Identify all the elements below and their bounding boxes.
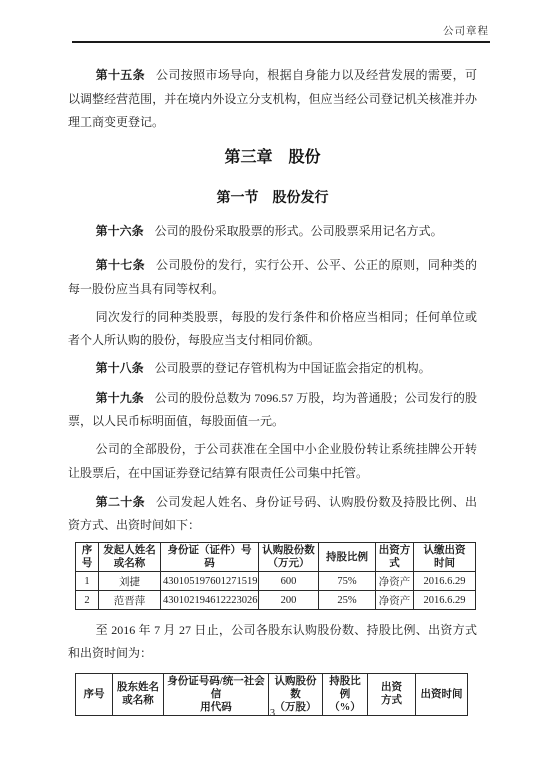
article-18-text: 公司股票的登记存管机构为中国证监会指定的机构。 [155, 361, 431, 375]
founders-table: 序 号 发起人姓名 或名称 身份证（证件）号码 认购股份数 （万元） 持股比例 … [75, 542, 476, 610]
document-page: 公司章程 第十五条公司按照市场导向，根据自身能力以及经营发展的需要，可以调整经营… [0, 0, 545, 771]
article-17: 第十七条公司股份的发行，实行公开、公平、公正的原则，同种类的每一股份应当具有同等… [68, 254, 477, 301]
table-row: 2 范晋萍 430102194612223026 200 25% 净资产 201… [76, 591, 476, 610]
article-19-paragraph-2: 公司的全部股份，于公司获准在全国中小企业股份转让系统挂牌公开转让股票后，在中国证… [68, 438, 477, 485]
table-cell: 净资产 [376, 591, 414, 610]
article-20-number: 第二十条 [96, 495, 156, 509]
article-15-number: 第十五条 [96, 68, 156, 82]
table-cell: 2 [76, 591, 99, 610]
article-16-text: 公司的股份采取股票的形式。公司股票采用记名方式。 [155, 224, 443, 238]
article-15: 第十五条公司按照市场导向，根据自身能力以及经营发展的需要，可以调整经营范围，并在… [68, 64, 477, 135]
article-17-paragraph-2-text: 同次发行的同种类股票，每股的发行条件和价格应当相同；任何单位或者个人所认购的股份… [68, 310, 477, 348]
column-header: 发起人姓名 或名称 [99, 543, 161, 572]
column-header: 序 号 [76, 543, 99, 572]
article-16-number: 第十六条 [96, 224, 155, 238]
page-number: 3 [0, 708, 545, 719]
article-19-paragraph-2-text: 公司的全部股份，于公司获准在全国中小企业股份转让系统挂牌公开转让股票后，在中国证… [68, 442, 477, 480]
table-row: 1 刘捷 430105197601271519 600 75% 净资产 2016… [76, 572, 476, 591]
article-19: 第十九条公司的股份总数为 7096.57 万股，均为普通股；公司发行的股票，以人… [68, 387, 477, 434]
column-header: 认缴出资 时间 [414, 543, 476, 572]
table-cell: 2016.6.29 [414, 591, 476, 610]
table-cell: 刘捷 [99, 572, 161, 591]
article-17-number: 第十七条 [96, 258, 156, 272]
table-cell: 430102194612223026 [161, 591, 259, 610]
column-header: 持股比例 [319, 543, 376, 572]
column-header: 认购股份数 （万元） [259, 543, 319, 572]
running-header: 公司章程 [443, 23, 489, 38]
table-cell: 范晋萍 [99, 591, 161, 610]
shareholders-intro-paragraph: 至 2016 年 7 月 27 日止，公司各股东认购股份数、持股比例、出资方式和… [68, 619, 477, 666]
table-cell: 200 [259, 591, 319, 610]
table-cell: 净资产 [376, 572, 414, 591]
table-cell: 2016.6.29 [414, 572, 476, 591]
shareholders-intro-text: 至 2016 年 7 月 27 日止，公司各股东认购股份数、持股比例、出资方式和… [68, 623, 477, 661]
document-content: 第十五条公司按照市场导向，根据自身能力以及经营发展的需要，可以调整经营范围，并在… [68, 53, 477, 716]
column-header: 身份证（证件）号码 [161, 543, 259, 572]
running-header-title: 公司章程 [443, 26, 489, 37]
article-19-number: 第十九条 [96, 391, 155, 405]
article-17-paragraph-2: 同次发行的同种类股票，每股的发行条件和价格应当相同；任何单位或者个人所认购的股份… [68, 306, 477, 353]
section-heading: 第一节 股份发行 [68, 187, 477, 211]
table-cell: 25% [319, 591, 376, 610]
table-cell: 600 [259, 572, 319, 591]
founders-table-header-row: 序 号 发起人姓名 或名称 身份证（证件）号码 认购股份数 （万元） 持股比例 … [76, 543, 476, 572]
table-cell: 430105197601271519 [161, 572, 259, 591]
article-16: 第十六条公司的股份采取股票的形式。公司股票采用记名方式。 [68, 220, 477, 244]
article-18: 第十八条公司股票的登记存管机构为中国证监会指定的机构。 [68, 357, 477, 381]
table-cell: 1 [76, 572, 99, 591]
chapter-heading: 第三章 股份 [68, 146, 477, 170]
header-rule [72, 41, 490, 43]
column-header: 出资方 式 [376, 543, 414, 572]
article-20: 第二十条公司发起人姓名、身份证号码、认购股份数及持股比例、出资方式、出资时间如下… [68, 491, 477, 538]
table-cell: 75% [319, 572, 376, 591]
article-18-number: 第十八条 [96, 361, 155, 375]
